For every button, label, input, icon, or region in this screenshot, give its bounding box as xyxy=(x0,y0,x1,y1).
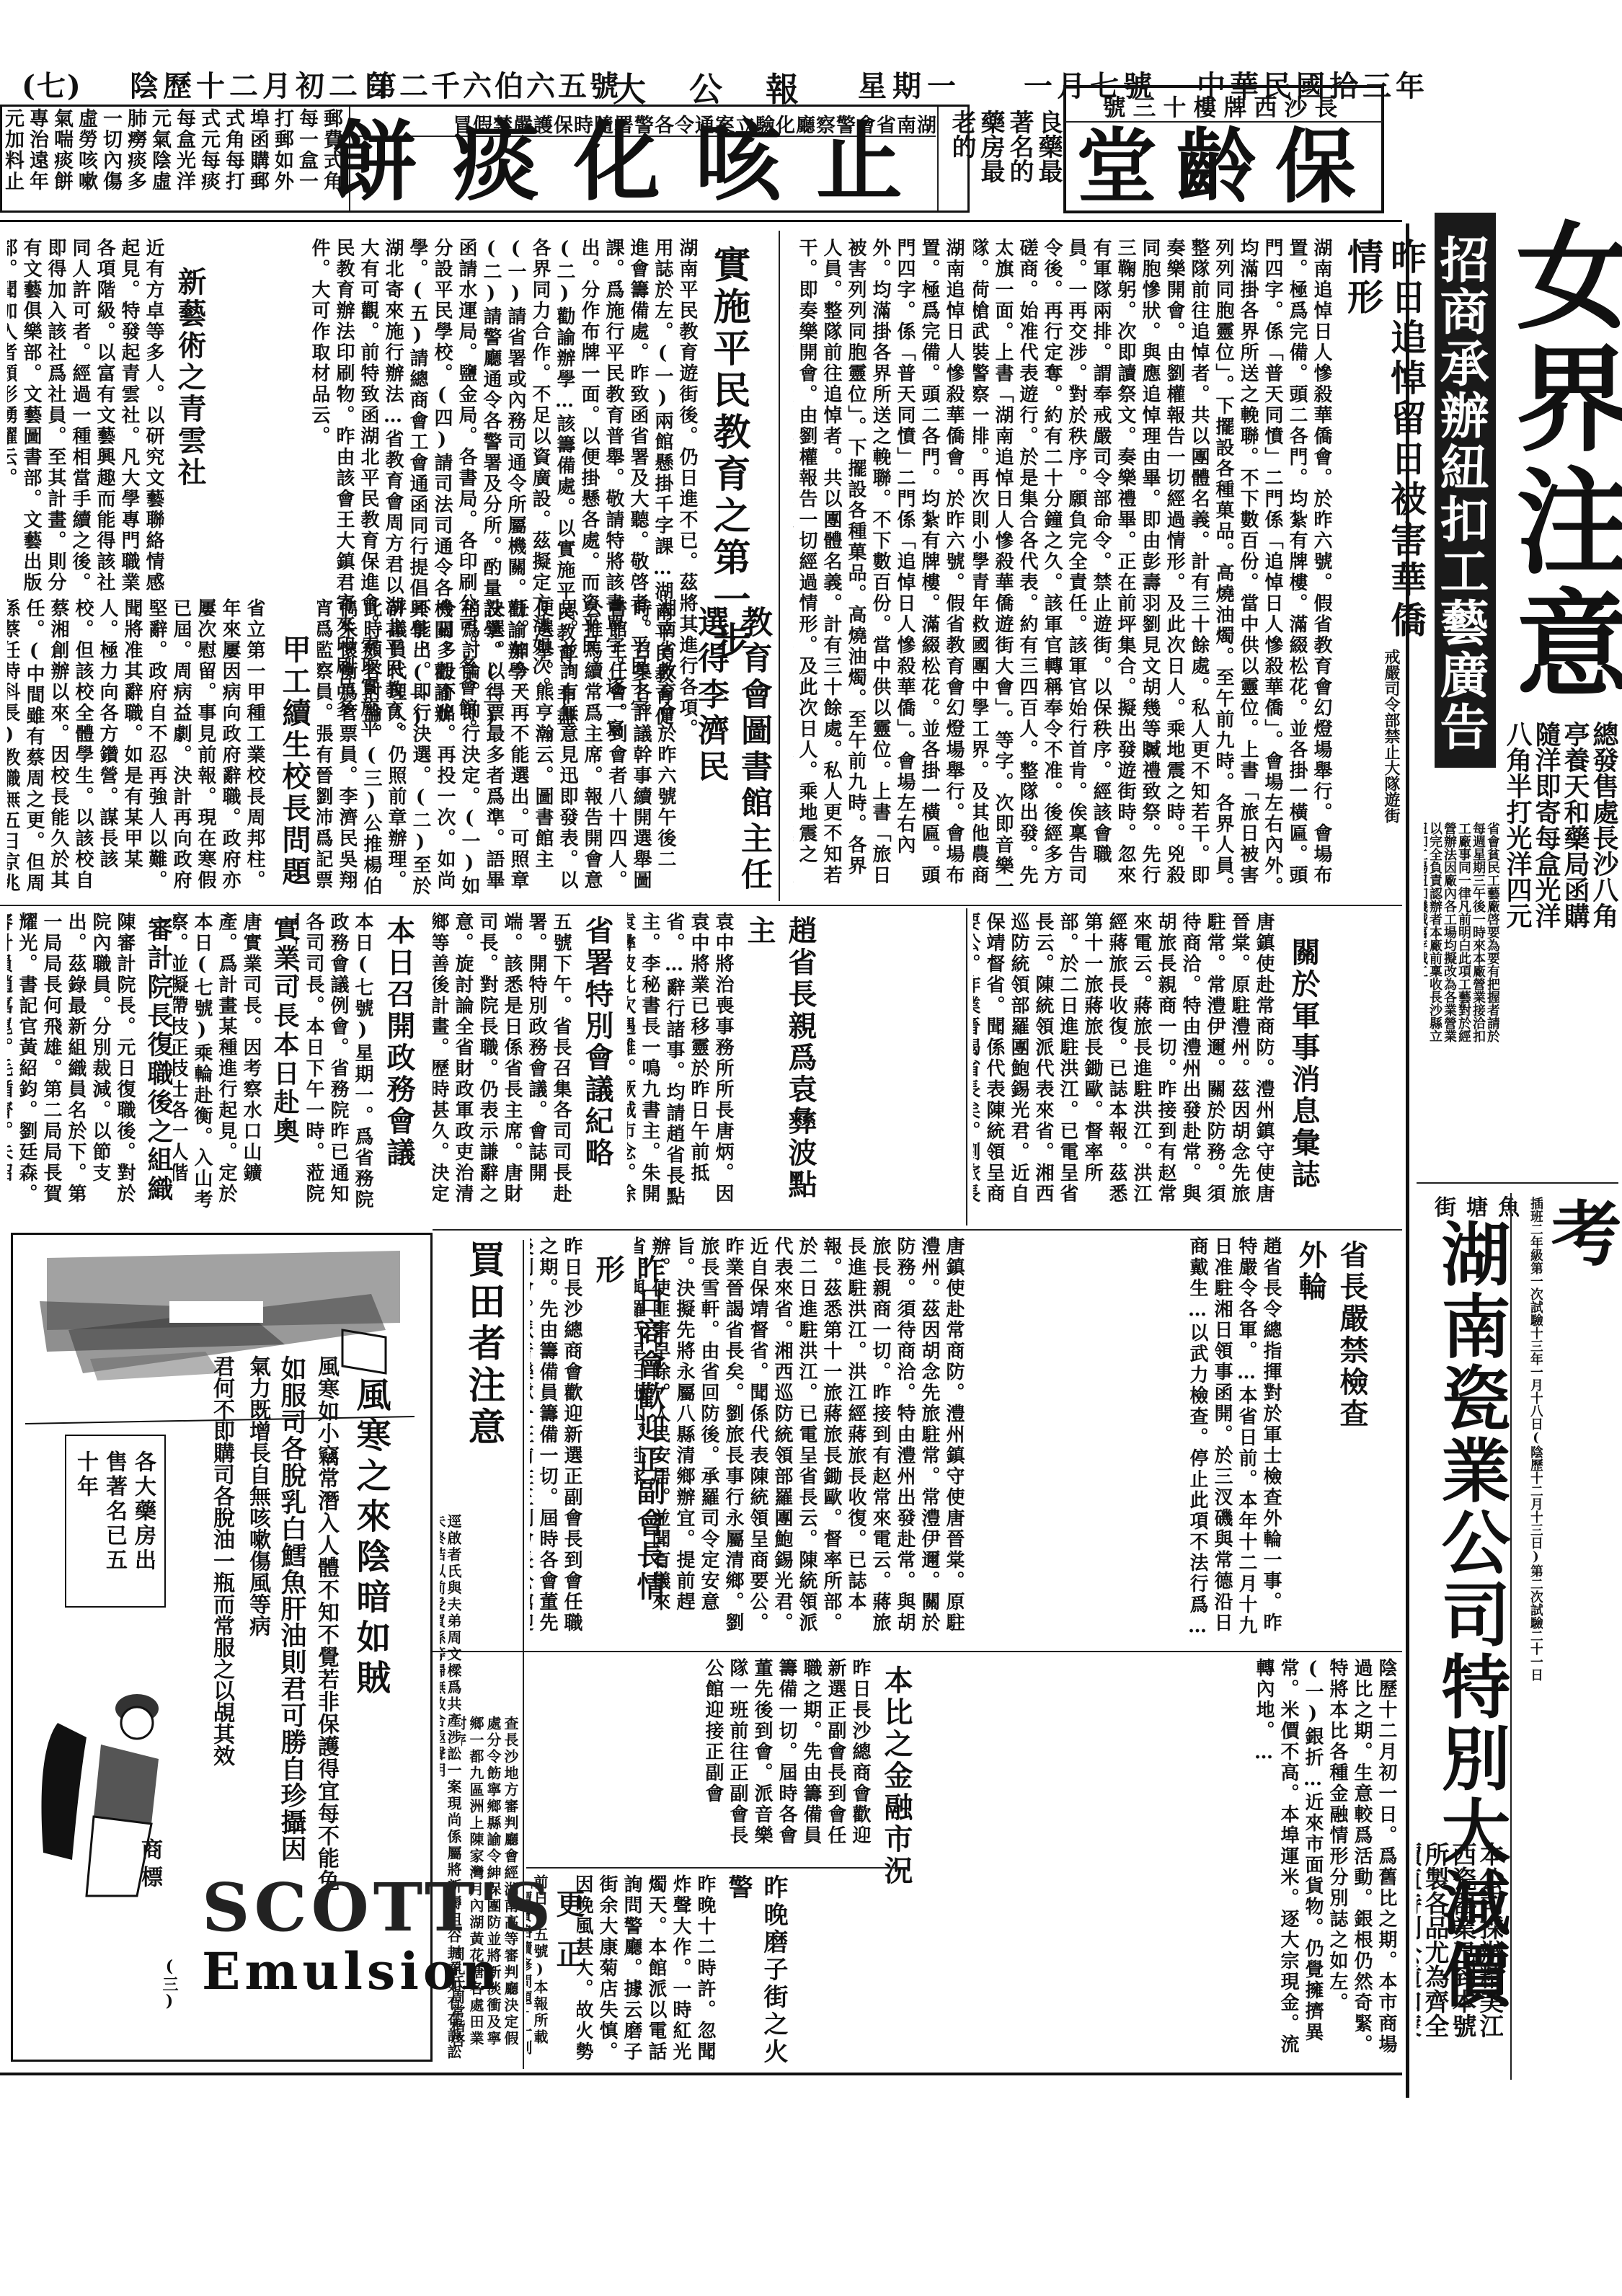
headline-state-affairs: 本日召開政務會議 xyxy=(378,916,420,1175)
headline-audit: 審計院長復職後之組織 xyxy=(141,916,177,1218)
subhead-memorial: 戒嚴司令部禁止大隊遊街 xyxy=(1381,649,1403,823)
merchant-recruit-banner: 招商承辦紐扣工藝廣告 xyxy=(1435,213,1496,768)
article-industry-body: 唐實業司長。因考察水口山鑛產。爲計畫某種進行起見。定於本日(七號)乘輪赴衡。入山… xyxy=(173,912,263,1222)
baolingtang-slogan: 良藥最著名的藥房最老的 xyxy=(940,110,1063,207)
headline-memorial: 昨日追悼留日被害華僑情形 xyxy=(1341,238,1427,642)
scotts-box-text: 各大藥房出售著名已五十年 xyxy=(65,1435,166,1608)
article-provincial-meeting-body: 五號下午。省長召集各司司長赴署。開特別政務會議。會誌開端。該悉是日係省長主席。唐… xyxy=(433,912,573,1222)
scotts-line-3: 氣力既增長自無咳嗽傷風等病 xyxy=(241,1355,273,1636)
article-military-continued: 唐鎮使赴常商防。澧州鎮守使唐晉棠。原駐澧州。茲因胡念先旅駐常。常澧伊邇。關於防務… xyxy=(634,1236,966,1647)
headline-school: 甲工續生校長問題 xyxy=(274,634,315,894)
scotts-line-4: 君何不即購司各脫油一瓶而常服之以覘其效 xyxy=(205,1355,237,1766)
headline-provincial-meeting: 省署特別會議紀略 xyxy=(577,916,618,1175)
porcelain-body: 本公司採辦精美江西瓷器業已到本號所製各品尤為齊全價值特別公道如蒙賜顧毋任歡迎 xyxy=(1417,1842,1503,2058)
article-state-affairs-body: 本日(七號)星期一。爲省務院政務會議例會。省務院昨已通知各司司長。本日下午一時。… xyxy=(296,912,375,1222)
headline-buyers-notice: 買田者注意 xyxy=(461,1240,505,1514)
article-military-body: 唐鎮使赴常商防。澧州鎮守使唐晉棠。原駐澧州。茲因胡念先旅駐常。常澧伊邇。關於防務… xyxy=(973,912,1276,1222)
lunar-date: 陰歷十二月初二日 xyxy=(130,63,395,105)
baolingtang-address: 長沙西牌樓十三號 xyxy=(1067,89,1381,123)
article-fire-body: 昨晚十二時許。忽聞炸聲大作。一時紅光燭天。本館派以電話詢問警廳。據云磨子街余大康… xyxy=(577,1874,717,2069)
article-library-body: 湖南省教育會於昨六號午後二時。召集各評議幹事續開選舉圖書館主任會。到會者八十四人… xyxy=(317,598,678,901)
article-audit-body: 陳審計院長。元日復職後。對於院內職員。分別裁減。以節支出。茲錄最新組織員名於下。… xyxy=(7,912,137,1222)
scotts-brand: SCOTT'S xyxy=(202,1874,555,1941)
article-finance-body: 陰歷十二月初一日。爲舊比之期。本市商場過比之期。生意較爲活動。銀根仍然奇緊。特將… xyxy=(908,1658,1399,2069)
scotts-product: Emulsion xyxy=(202,1946,502,1997)
headline-inspection: 省長嚴禁檢查外輪 xyxy=(1290,1240,1373,1456)
scotts-trademark-label: 商標 xyxy=(133,1838,165,1893)
scotts-line-1: 風寒如小竊常潛入人體不知不覺若非保護得宜每不能免 xyxy=(310,1355,342,1892)
headline-governor-ningbo: 趙省長親爲袁彝波點主 xyxy=(739,916,821,1218)
women-notice-lines: 總發售處長沙八角亭養天和藥局函購隨洋即寄每盒光洋八角半打光洋四元外埠驗功效如神 xyxy=(1503,721,1618,952)
craft-factory-notice: 省會貧民工藝廠啓要為要有把握者請於每週星期三午後一時來本廠營業接洽扣工廠事同一律… xyxy=(1424,822,1499,1052)
scotts-line-2: 如服司各脫乳白鱈魚肝油則君可勝自珍攝因 xyxy=(274,1355,311,1862)
article-inspection-body: 趙省長令總指揮對於軍士檢查外輪一事。昨特嚴令各軍。…本省日前。本年十二月十九日准… xyxy=(973,1236,1283,1647)
headline-military: 關於軍事消息彙誌 xyxy=(1283,937,1324,1197)
exam-title: 湖南私立明德大學招考 xyxy=(1543,1197,1622,2062)
article-governor-body: 袁中將治喪事務所所長唐炳。因袁中將業已移靈於昨日午前抵省。…辭行諸事。均請趙省長… xyxy=(627,912,735,1222)
exam-details: 插班二年級第一次試驗十三年一月十八日(陰歷十二月十三日)第二次試驗二十一日 xyxy=(1514,1197,1543,2076)
scotts-headline: 風寒之來陰暗如賊 xyxy=(346,1377,396,1700)
issue-number: 第二千六伯六五號 xyxy=(368,63,621,105)
article-chamber-body: 昨日長沙總商會歡迎新選正副會長到會任職之期。先由籌備員籌備一切。屆時各會董先後到… xyxy=(530,1236,584,1647)
headline-fire: 昨晚磨子街之火警 xyxy=(721,1874,792,2069)
article-memorial-continued: 湖南追悼日人慘殺華僑會。於昨六號。假省教育會幻燈場舉行。會場布置。極爲完備。頭二… xyxy=(793,238,966,894)
headline-industry: 實業司長本日赴奧 xyxy=(267,916,303,1175)
cough-ad-side-text: 郵費式角每一盒一打郵如外埠函購郵式角每打式元每痰每盒光洋元氣陰虛肺癆痰多一切內傷… xyxy=(4,108,343,209)
weekday: 星期一 xyxy=(858,63,962,105)
article-chamber-continued: 昨日長沙總商會歡迎新選正副會長到會任職之期。先由籌備員籌備一切。屆時各會董先後到… xyxy=(533,1658,872,1860)
article-school-body: 省立第一甲種工業校長周邦柱。年來屢因病向政府辭職。政府亦屢次慰留。事見前報。現在… xyxy=(7,598,267,901)
page-number: (七) xyxy=(22,63,82,105)
headline-new-art: 新藝術之青雲社 xyxy=(169,267,210,555)
article-new-art-body: 近有方卓等多人。以研究文藝聯絡情感起見。特發起青雲社。凡大學專門職業各項階級。以… xyxy=(7,238,166,598)
baolingtang-title: 保齡堂 xyxy=(1074,123,1377,212)
article-memorial-body: 湖南追悼日人慘殺華僑會。於昨六號。假省教育會幻燈場舉行。會場布置。極爲完備。頭二… xyxy=(973,238,1334,901)
headline-library: 教育會圖書館主任選得李濟民 xyxy=(688,606,775,908)
women-notice-title: 女界注意 xyxy=(1507,216,1622,721)
scotts-ad-number: (三) xyxy=(159,1957,181,2011)
cough-ad-title: 止咳化痰餅 xyxy=(360,115,937,209)
